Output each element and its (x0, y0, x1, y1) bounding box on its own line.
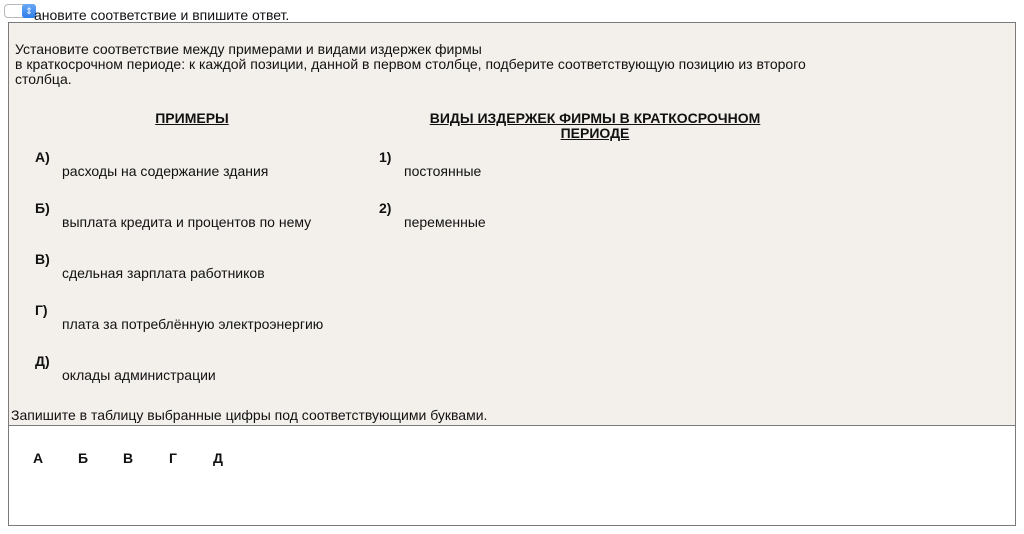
cost-types-column-title: ВИДЫ ИЗДЕРЖЕК ФИРМЫ В КРАТКОСРОЧНОМ ПЕРИ… (389, 111, 801, 141)
cost-type-text: постоянные (404, 163, 481, 179)
question-line: Установите соответствие между примерами … (15, 42, 915, 57)
example-text: сдельная зарплата работников (62, 265, 265, 281)
question-line: в краткосрочном периоде: к каждой позици… (15, 57, 915, 72)
example-label: В) (35, 251, 50, 267)
answer-column-header: А (33, 450, 43, 466)
example-text: оклады администрации (62, 367, 216, 383)
question-panel: Установите соответствие между примерами … (8, 22, 1016, 426)
cost-type-text: переменные (404, 214, 486, 230)
example-label: Б) (35, 200, 50, 216)
cost-type-label: 2) (379, 200, 391, 216)
column-title-line: ВИДЫ ИЗДЕРЖЕК ФИРМЫ В КРАТКОСРОЧНОМ (389, 111, 801, 126)
example-text: расходы на содержание здания (62, 163, 268, 179)
example-label: А) (35, 149, 50, 165)
answer-table[interactable]: А Б В Г Д (8, 425, 1016, 526)
cost-type-label: 1) (379, 149, 391, 165)
answer-instruction: Запишите в таблицу выбранные цифры под с… (11, 407, 487, 423)
example-label: Д) (35, 353, 50, 369)
example-label: Г) (35, 302, 48, 318)
column-title-line: ПЕРИОДЕ (389, 126, 801, 141)
question-text: Установите соответствие между примерами … (15, 42, 915, 87)
example-text: плата за потреблённую электроэнергию (62, 316, 323, 332)
answer-column-header: Б (78, 450, 88, 466)
answer-column-header: В (123, 450, 133, 466)
answer-mode-select[interactable]: ⇕ (4, 4, 36, 18)
examples-column-title: ПРИМЕРЫ (109, 111, 275, 126)
example-text: выплата кредита и процентов по нему (62, 214, 311, 230)
answer-column-header: Д (213, 450, 223, 466)
question-line: столбца. (15, 72, 915, 87)
top-bar: ⇕ ановите соответствие и впишите ответ. (0, 0, 1024, 22)
answer-column-header: Г (169, 450, 177, 466)
